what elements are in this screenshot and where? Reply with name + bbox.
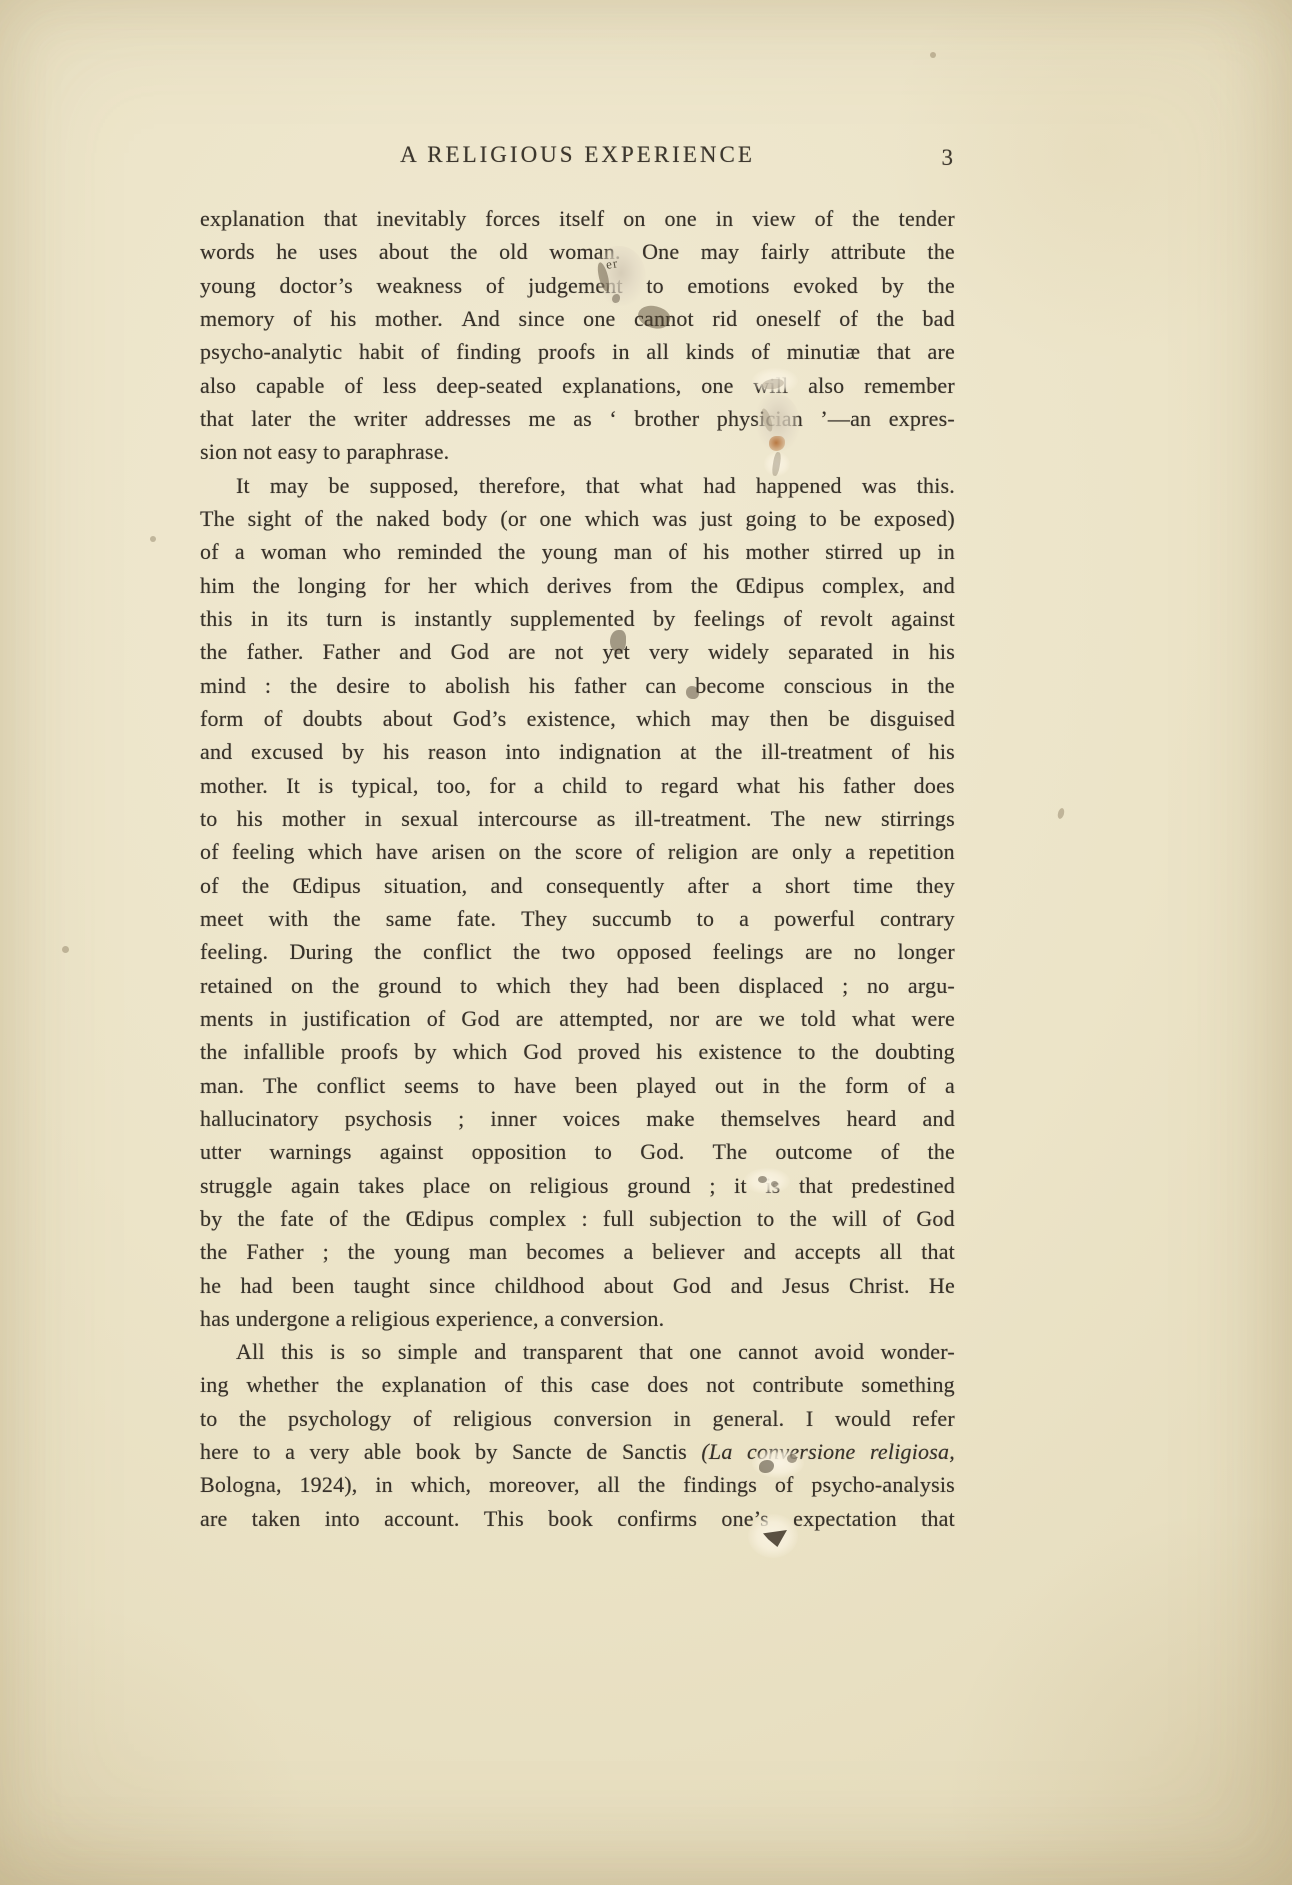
text-line: man.Theconflictseemstohavebeenplayedouti… (200, 1069, 955, 1102)
text-line: alsocapableoflessdeep-seatedexplanations… (200, 369, 955, 402)
text-line: thisinitsturnisinstantlysupplementedbyfe… (200, 602, 955, 635)
text-line: Itmaybesupposed,therefore,thatwhathadhap… (200, 469, 955, 502)
text-line: oftheŒdipussituation,andconsequentlyafte… (200, 869, 955, 902)
text-line: hallucinatorypsychosis;innervoicesmaketh… (200, 1102, 955, 1135)
text-line: struggleagaintakesplaceonreligiousground… (200, 1169, 955, 1202)
text-line: Bologna,1924),inwhich,moreover,allthefin… (200, 1468, 955, 1501)
text-line: wordsheusesabouttheoldwoman.Onemayfairly… (200, 235, 955, 268)
text-line: explanationthatinevitablyforcesitselfono… (200, 202, 955, 235)
text-line: utterwarningsagainstoppositiontoGod.Theo… (200, 1135, 955, 1168)
text-line: thefather.FatherandGodarenotyetverywidel… (200, 635, 955, 668)
text-line: theinfallibleproofsbywhichGodprovedhisex… (200, 1035, 955, 1068)
text-line: youngdoctor’sweaknessofjudgementtoemotio… (200, 269, 955, 302)
paper-speck (1057, 807, 1066, 819)
text-line: thatlaterthewriteraddressesmeas‘brotherp… (200, 402, 955, 435)
text-line: ofawomanwhoremindedtheyoungmanofhismothe… (200, 535, 955, 568)
text-line: memoryofhismother.Andsinceonecannotridon… (200, 302, 955, 335)
paper-speck (62, 946, 69, 953)
text-line: tohismotherinsexualintercourseasill-trea… (200, 802, 955, 835)
text-line: theFather;theyoungmanbecomesabelieverand… (200, 1235, 955, 1268)
text-line: bythefateoftheŒdipuscomplex:fullsubjecti… (200, 1202, 955, 1235)
text-block: explanationthatinevitablyforcesitselfono… (200, 202, 955, 1535)
text-line: meetwiththesamefate.Theysuccumbtoapowerf… (200, 902, 955, 935)
text-line: himthelongingforherwhichderivesfromtheŒd… (200, 569, 955, 602)
text-line: ingwhethertheexplanationofthiscasedoesno… (200, 1368, 955, 1401)
text-line: aretakenintoaccount.Thisbookconfirmsone’… (200, 1502, 955, 1535)
text-line: psycho-analytichabitoffindingproofsinall… (200, 335, 955, 368)
text-line: mother.Itistypical,too,forachildtoregard… (200, 769, 955, 802)
book-page-scan: A RELIGIOUS EXPERIENCE 3 explanationthat… (0, 0, 1292, 1885)
running-head: A RELIGIOUS EXPERIENCE 3 (200, 140, 955, 170)
text-line: Allthisissosimpleandtransparentthatoneca… (200, 1335, 955, 1368)
text-line: andexcusedbyhisreasonintoindignationatth… (200, 735, 955, 768)
text-line: hehadbeentaughtsincechildhoodaboutGodand… (200, 1269, 955, 1302)
text-line: offeelingwhichhavearisenonthescoreofreli… (200, 835, 955, 868)
text-line: feeling.Duringtheconflictthetwoopposedfe… (200, 935, 955, 968)
text-line: mentsinjustificationofGodareattempted,no… (200, 1002, 955, 1035)
text-line: Thesightofthenakedbody(oronewhichwasjust… (200, 502, 955, 535)
text-line: heretoaveryablebookbySanctedeSanctis(Lac… (200, 1435, 955, 1468)
paper-speck (930, 52, 936, 58)
page-number: 3 (942, 143, 954, 173)
paper-speck (150, 536, 156, 542)
text-line: has undergone a religious experience, a … (200, 1302, 955, 1335)
text-line: mind:thedesiretoabolishhisfathercanbecom… (200, 669, 955, 702)
text-line: retainedonthegroundtowhichtheyhadbeendis… (200, 969, 955, 1002)
running-head-title: A RELIGIOUS EXPERIENCE (400, 142, 755, 167)
text-line: sion not easy to paraphrase. (200, 435, 955, 468)
text-line: tothepsychologyofreligiousconversioninge… (200, 1402, 955, 1435)
text-line: formofdoubtsaboutGod’sexistence,whichmay… (200, 702, 955, 735)
